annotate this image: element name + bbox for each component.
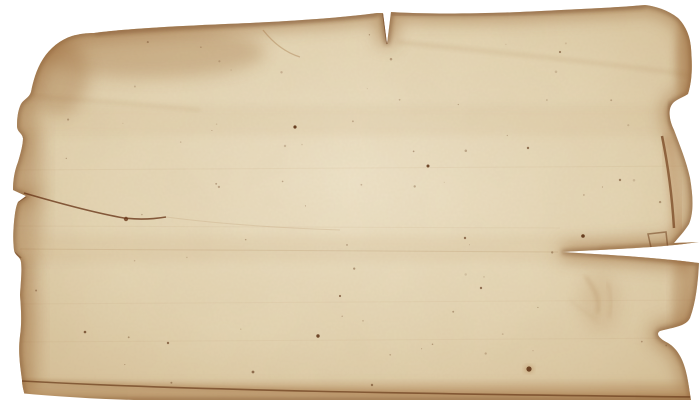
parchment-surface-detail [0,0,700,400]
parchment-photo [0,0,700,400]
photo-canvas [0,0,700,400]
